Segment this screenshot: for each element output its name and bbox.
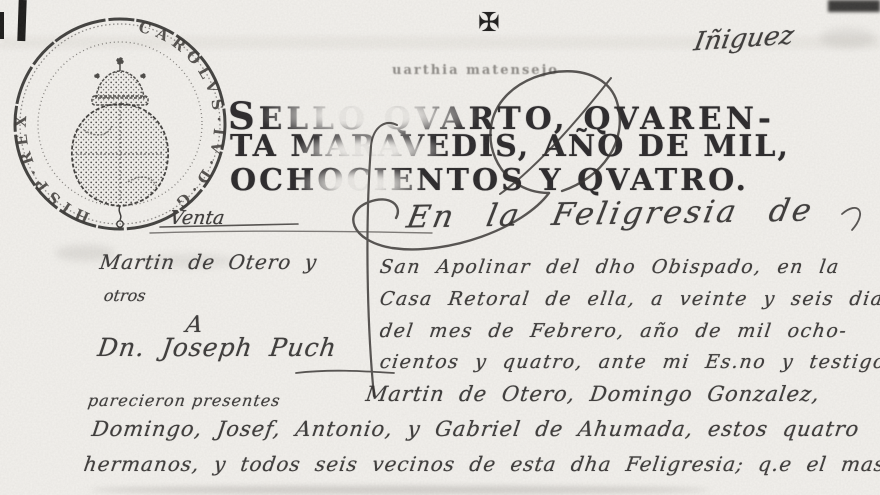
scanned-notarial-document: CAROLVS·IV·D·G HISP·REX SELLO QVARTO, QV… bbox=[0, 0, 880, 495]
margin-buyer-name: Dn. Joseph Puch bbox=[96, 333, 339, 362]
body-line-6: Domingo, Josef, Antonio, y Gabriel de Ah… bbox=[90, 417, 861, 441]
cutoff-text-line bbox=[90, 486, 710, 494]
margin-label-venta: Venta bbox=[168, 207, 226, 229]
body-line-1: San Apolinar del dho Obispado, en la bbox=[378, 256, 841, 278]
body-line-7: hermanos, y todos seis vecinos de esta d… bbox=[82, 452, 880, 476]
body-line-3: del mes de Febrero, año de mil ocho- bbox=[378, 320, 848, 342]
body-opening-line: En la Feligresia de bbox=[404, 192, 818, 235]
body-line-4: cientos y quatro, ante mi Es.no y testig… bbox=[378, 351, 880, 373]
ink-fade bbox=[262, 92, 477, 138]
ink-fade bbox=[298, 166, 423, 202]
notary-annotation: Iñiguez bbox=[692, 21, 797, 58]
body-line-5-right: Martin de Otero, Domingo Gonzalez, bbox=[364, 382, 821, 406]
margin-sellers-line2: otros bbox=[103, 286, 147, 305]
margin-sellers-line1: Martin de Otero y bbox=[98, 250, 319, 274]
cross-pattee-icon: ✠ bbox=[478, 8, 500, 38]
crown-icon bbox=[92, 58, 148, 105]
body-line-2: Casa Retoral de ella, a veinte y seis di… bbox=[378, 288, 880, 310]
faint-stamp-text: uarthia matensejo bbox=[392, 63, 559, 78]
body-line-5-left: parecieron presentes bbox=[87, 391, 282, 410]
ink-smudge bbox=[828, 0, 880, 12]
ink-fade bbox=[295, 134, 445, 166]
bleedthrough-mark bbox=[820, 28, 875, 48]
